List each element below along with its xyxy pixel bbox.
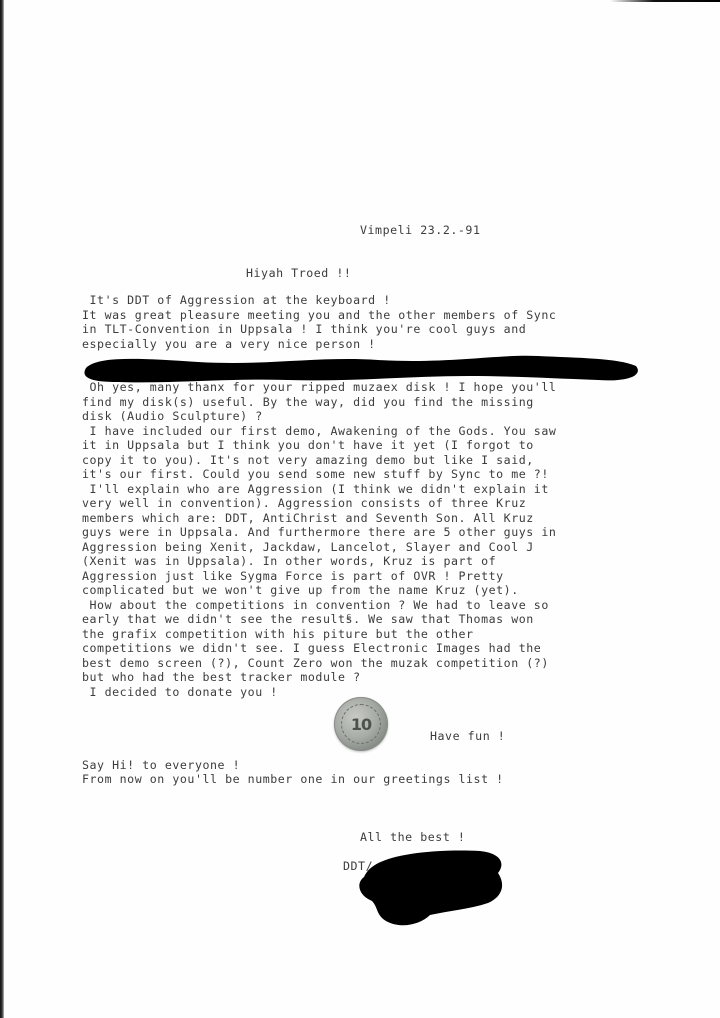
body-line: I have included our first demo, Awakenin… bbox=[82, 424, 556, 439]
handwritten-correction-mark: c bbox=[346, 610, 352, 625]
body-line: it's our first. Could you send some new … bbox=[82, 467, 556, 482]
body-line: in TLT-Convention in Uppsala ! I think y… bbox=[82, 322, 556, 337]
body-line: the grafix competition with his piture b… bbox=[82, 627, 556, 642]
scanned-letter-page: Vimpeli 23.2.-91 Hiyah Troed !! It's DDT… bbox=[0, 0, 720, 1018]
body-line: Aggression being Xenit, Jackdaw, Lancelo… bbox=[82, 540, 556, 555]
body-line: (Xenit was in Uppsala). In other words, … bbox=[82, 554, 556, 569]
body-line: especially you are a very nice person ! bbox=[82, 337, 556, 352]
signature-redaction-blot bbox=[350, 845, 510, 930]
closing-line: From now on you'll be number one in our … bbox=[82, 772, 504, 787]
body-line: it in Uppsala but I think you don't have… bbox=[82, 438, 556, 453]
salutation: Hiyah Troed !! bbox=[246, 266, 351, 281]
body-line: I'll explain who are Aggression (I think… bbox=[82, 482, 556, 497]
body-line: guys were in Uppsala. And furthermore th… bbox=[82, 525, 556, 540]
body-line: complicated but we won't give up from th… bbox=[82, 583, 556, 598]
body-line: It was great pleasure meeting you and th… bbox=[82, 308, 556, 323]
coin-denomination: 10 bbox=[341, 704, 381, 744]
have-fun-text: Have fun ! bbox=[430, 729, 505, 744]
body-line: members which are: DDT, AntiChrist and S… bbox=[82, 511, 556, 526]
sign-off: All the best ! bbox=[360, 830, 465, 845]
scan-left-edge-shadow bbox=[0, 0, 4, 1018]
redaction-marker-stroke bbox=[78, 350, 648, 386]
body-line: copy it to you). It's not very amazing d… bbox=[82, 453, 556, 468]
body-line: It's DDT of Aggression at the keyboard ! bbox=[82, 293, 556, 308]
body-line: disk (Audio Sculpture) ? bbox=[82, 409, 556, 424]
body-line: I decided to donate you ! bbox=[82, 685, 556, 700]
body-line: Aggression just like Sygma Force is part… bbox=[82, 569, 556, 584]
body-line: best demo screen (?), Count Zero won the… bbox=[82, 656, 556, 671]
scan-top-edge-shadow bbox=[610, 0, 720, 2]
coin-image: 10 bbox=[334, 697, 388, 751]
body-line: How about the competitions in convention… bbox=[82, 598, 556, 613]
body-line: early that we didn't see the results. We… bbox=[82, 612, 556, 627]
body-line: very well in convention). Aggression con… bbox=[82, 496, 556, 511]
closing-line: Say Hi! to everyone ! bbox=[82, 758, 240, 773]
body-line: but who had the best tracker module ? bbox=[82, 670, 556, 685]
place-and-date: Vimpeli 23.2.-91 bbox=[360, 223, 480, 238]
body-line: find my disk(s) useful. By the way, did … bbox=[82, 395, 556, 410]
body-line: competitions we didn't see. I guess Elec… bbox=[82, 641, 556, 656]
